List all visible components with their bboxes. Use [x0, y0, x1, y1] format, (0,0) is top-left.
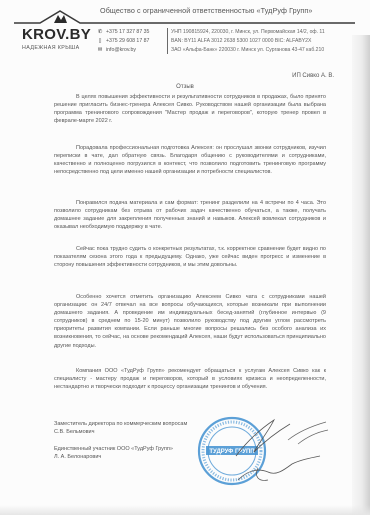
contact-email: ✉ info@krov.by [97, 46, 149, 55]
requisites-line-3: ЗАО «Альфа-Банк» 220030 г. Минск ул. Сур… [171, 46, 325, 55]
header-divider [167, 28, 168, 54]
requisites-line-2: BAN: BY11 ALFA 3012 2638 5300 1027 0000 … [171, 37, 325, 46]
signatory-1-position: Заместитель директора по коммерческим во… [54, 420, 187, 428]
paragraph-1: В целях повышения эффективности и резуль… [54, 93, 326, 125]
scan-edge-shadow [352, 35, 370, 515]
letter-page: Общество с ограниченной ответственностью… [0, 0, 370, 515]
contact-phone: ✆ +375 17 327 87 35 [97, 28, 149, 37]
paragraph-5-text: Особенно хочется отметить организацию Ал… [54, 293, 326, 350]
signatory-2-name: Л. А. Белонарович [54, 453, 173, 461]
company-full-name: Общество с ограниченной ответственностью… [100, 6, 312, 15]
signatory-2: Единственный участник ООО «ТудРуф Групп»… [54, 445, 173, 461]
logo-tagline: НАДЕЖНАЯ КРЫША [22, 45, 80, 51]
contact-mobile-text: +375 29 608 17 87 [106, 37, 149, 46]
contact-email-text: info@krov.by [106, 46, 136, 55]
mobile-icon: ▯ [97, 37, 103, 46]
requisites-line-1: УНП 190815924, 220030, г. Минск, ул. Пер… [171, 28, 325, 37]
signatory-1: Заместитель директора по коммерческим во… [54, 420, 187, 436]
contacts-block: ✆ +375 17 327 87 35 ▯ +375 29 608 17 87 … [97, 28, 149, 55]
signatory-1-name: С.В. Бельмович [54, 428, 187, 436]
paragraph-2-text: Порадовала профессиональная подготовка А… [54, 144, 326, 176]
paragraph-3-text: Понравился подача материала и сам формат… [54, 199, 326, 231]
document-title: Отзыв [0, 84, 370, 90]
addressee: ИП Сивко А. В. [292, 73, 334, 79]
paragraph-5: Особенно хочется отметить организацию Ал… [54, 293, 326, 350]
contact-mobile: ▯ +375 29 608 17 87 [97, 37, 149, 46]
email-icon: ✉ [97, 46, 103, 55]
bank-requisites: УНП 190815924, 220030, г. Минск, ул. Пер… [171, 28, 325, 55]
signatory-2-position: Единственный участник ООО «ТудРуф Групп» [54, 445, 173, 453]
paragraph-6-text: Компания ООО «ТудРуф Групп» рекомендует … [54, 367, 326, 391]
paragraph-3: Понравился подача материала и сам формат… [54, 199, 326, 231]
paragraph-4: Сейчас пока трудно судить о конкретных р… [54, 245, 326, 269]
paragraph-1-text: В целях повышения эффективности и резуль… [54, 93, 326, 125]
scan-bottom-shadow [0, 505, 370, 515]
paragraph-6: Компания ООО «ТудРуф Групп» рекомендует … [54, 367, 326, 391]
paragraph-2: Порадовала профессиональная подготовка А… [54, 144, 326, 176]
phone-icon: ✆ [97, 28, 103, 37]
logo-brand: KROV.BY [22, 26, 91, 43]
handwritten-signature-icon [228, 410, 338, 490]
paragraph-4-text: Сейчас пока трудно судить о конкретных р… [54, 245, 326, 269]
contact-phone-text: +375 17 327 87 35 [106, 28, 149, 37]
